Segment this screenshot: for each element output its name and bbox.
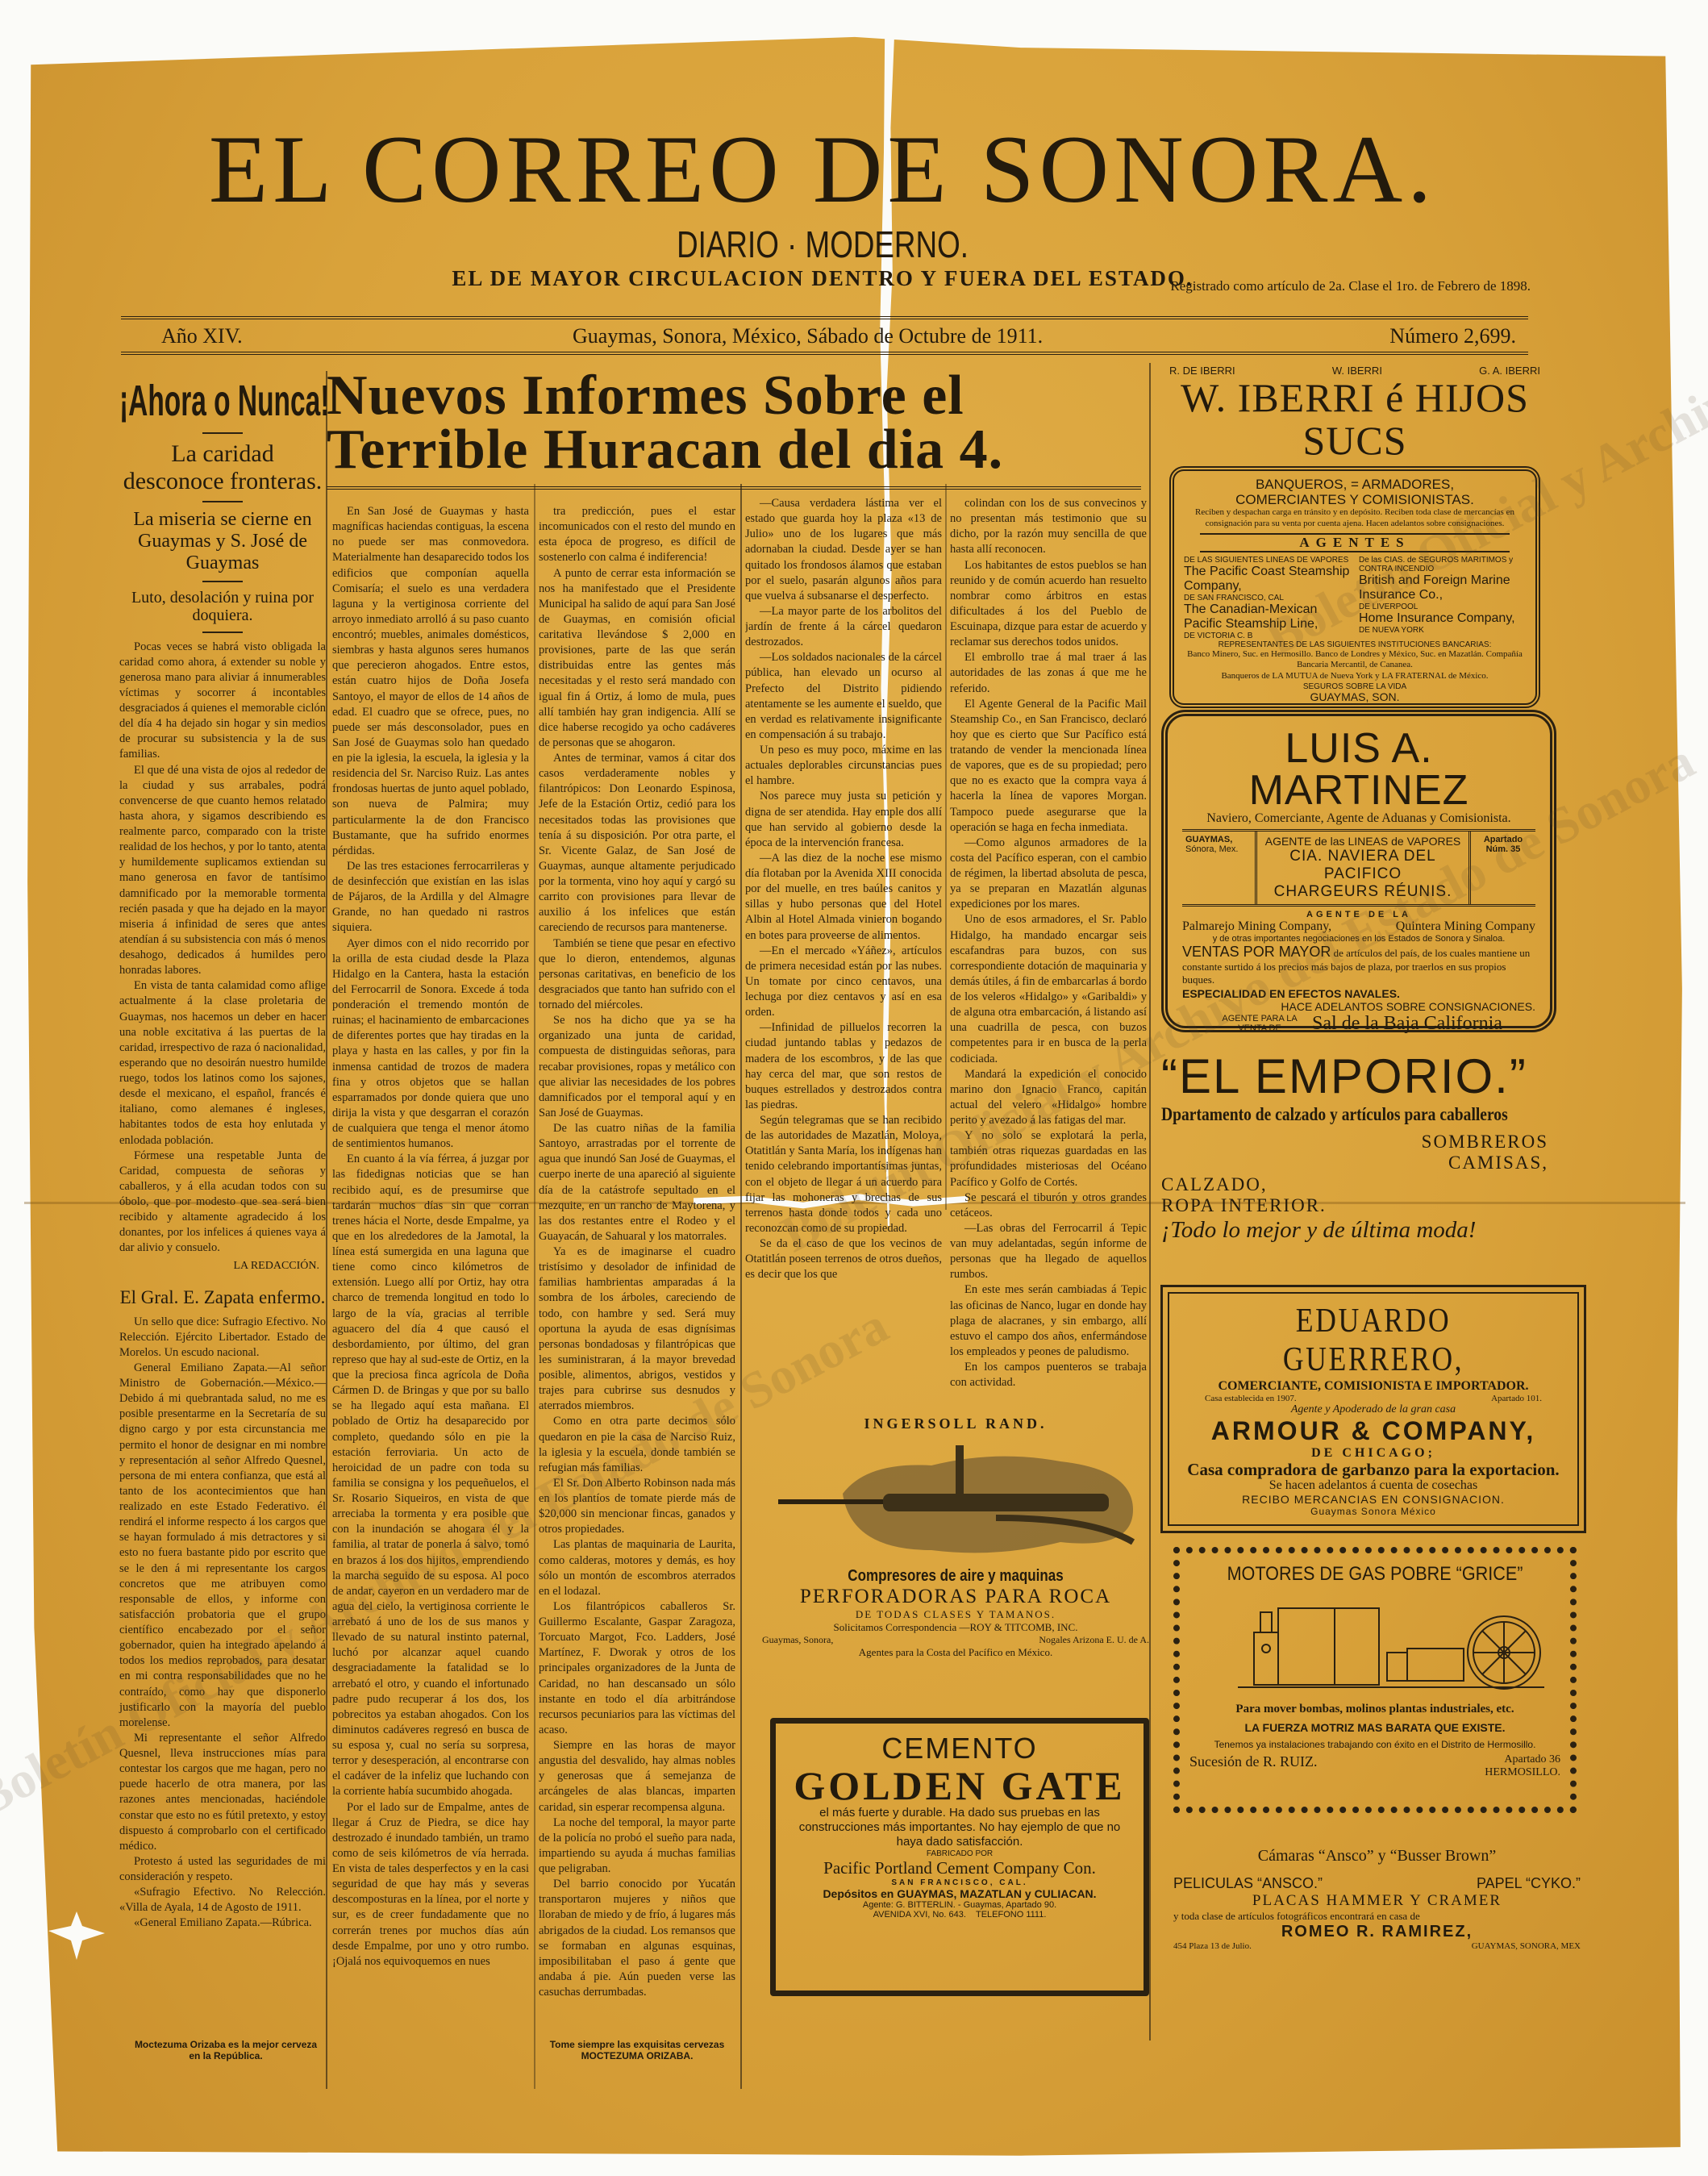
headline-line-2: Terrible Huracan del dia 4.: [327, 423, 1141, 477]
ad-city: Guaymas Sonora México: [1181, 1506, 1566, 1517]
main-headline: Nuevos Informes Sobre el Terrible Huraca…: [327, 369, 1141, 490]
paragraph: Por el lado sur de Empalme, antes de lle…: [332, 1800, 529, 1970]
agent-line: Agente y Apoderado de la gran casa: [1181, 1403, 1566, 1416]
ad-eduardo-guerrero: EDUARDO GUERRERO, COMERCIANTE, COMISIONI…: [1168, 1292, 1579, 1526]
salt-product: Sal de la Baja California: [1312, 1013, 1502, 1035]
po-box-number: Núm. 35: [1474, 844, 1532, 854]
ad-state: Sónora, Mex.: [1185, 844, 1252, 854]
masthead: EL CORREO DE SONORA. DIARIO · MODERNO. E…: [121, 121, 1524, 291]
cities-row: Guaymas, Sonora, Nogales Arizona E. U. d…: [754, 1634, 1157, 1646]
all-items: y toda clase de artículos fotográficos e…: [1173, 1910, 1581, 1923]
registration-note: Registrado como artículo de 2a. Clase el…: [1170, 278, 1531, 294]
ad-brand: GOLDEN GATE: [787, 1765, 1132, 1806]
ornamental-frame: BANQUEROS, = ARMADORES, COMERCIANTES Y C…: [1169, 466, 1540, 708]
phone: TELEFONO 1111.: [976, 1910, 1046, 1920]
represented-company: ARMOUR & COMPANY,: [1181, 1416, 1566, 1446]
article-column-4: colindan con los de sus convecinos y no …: [950, 496, 1147, 1391]
company-place: DE SAN FRANCISCO, CAL: [1184, 594, 1351, 602]
ad-brand-line: CEMENTO: [787, 1732, 1132, 1765]
depots: Depósitos en GUAYMAS, MAZATLAN y CULIACA…: [787, 1887, 1132, 1900]
column-heading: De las CIAS. de SEGUROS MARITIMOS y CONT…: [1359, 556, 1526, 573]
paper: PAPEL “CYKO.”: [1477, 1875, 1581, 1892]
column-rule: [534, 484, 535, 2089]
product: DE TODAS CLASES Y TAMANOS.: [754, 1608, 1157, 1621]
bank-list: Banco Minero, Suc. en Hermosillo. Banco …: [1184, 649, 1526, 672]
kicker-headline: ¡Ahora o Nunca!: [119, 376, 248, 426]
divider: [202, 581, 243, 582]
paragraph: En este mes serán cambiadas á Tepic las …: [950, 1282, 1147, 1360]
paragraph: Según telegramas que se han recibido de …: [745, 1113, 942, 1236]
product: Compresores de aire y maquinas: [785, 1567, 1127, 1586]
paragraph: El embrollo trae á mal traer á las autor…: [950, 650, 1147, 696]
paragraph: tra predicción, pues el estar incomunica…: [539, 504, 735, 566]
agent-label: AGENTE DE LA: [1182, 910, 1535, 919]
paragraph: —Las obras del Ferrocarril á Tepic van m…: [950, 1221, 1147, 1283]
paragraph: General Emiliano Zapata.—Al señor Minist…: [119, 1361, 326, 1731]
consignment: RECIBO MERCANCIAS EN CONSIGNACION.: [1181, 1493, 1566, 1506]
headline-line-1: Nuevos Informes Sobre el: [327, 369, 1141, 423]
paragraph: Protesto á usted las seguridades de mi c…: [119, 1854, 326, 1885]
item: CAMISAS,: [1161, 1153, 1548, 1173]
agent: Agente: G. BITTERLIN. - Guaymas, Apartad…: [787, 1900, 1132, 1910]
paragraph: Se nos ha dicho que ya se ha organizado …: [539, 1013, 735, 1121]
established-row: Casa establecida en 1907. Apartado 101.: [1181, 1394, 1566, 1403]
lines-label: AGENTE de las LINEAS de VAPORES: [1260, 835, 1465, 848]
item: CALZADO,: [1161, 1174, 1581, 1195]
ad-brand: ROMEO R. RAMIREZ,: [1173, 1923, 1581, 1941]
deck-1: La caridad desconoce fronteras.: [119, 440, 326, 494]
paragraph: Fórmese una respetable Junta de Caridad,…: [119, 1148, 326, 1257]
paragraph: En cuanto á la vía férrea, á juzgar por …: [332, 1152, 529, 1799]
engine-illustration: [1189, 1592, 1560, 1693]
ad-luis-martinez: LUIS A. MARTINEZ Naviero, Comerciante, A…: [1161, 710, 1556, 1032]
shipping-line: CIA. NAVIERA DEL PACIFICO: [1260, 848, 1465, 883]
place-date: Guaymas, Sonora, México, Sábado de Octub…: [573, 324, 1043, 348]
manufacturer: Pacific Portland Cement Company Con.: [787, 1858, 1132, 1878]
ad-city: HERMOSILLO.: [1485, 1766, 1560, 1778]
ad-description: el más fuerte y durable. Ha dado sus pru…: [787, 1806, 1132, 1849]
ad-services: Reciben y despachan carga en tránsito y …: [1184, 507, 1526, 530]
paragraph: Un sello que dice: Sufragio Efectivo. No…: [119, 1315, 326, 1361]
paragraph: En vista de tanta calamidad como aflige …: [119, 978, 326, 1148]
paragraph: El Agente General de la Pacific Mail Ste…: [950, 697, 1147, 836]
paragraph: Los filantrópicos caballeros Sr. Guiller…: [539, 1599, 735, 1738]
items-right: SOMBREROS CAMISAS,: [1161, 1132, 1581, 1174]
paragraph: Se da el caso de que los vecinos de Otat…: [745, 1236, 942, 1282]
company-city: DE CHICAGO;: [1181, 1446, 1566, 1461]
ad-city: GUAYMAS, SONORA, MEX: [1472, 1941, 1581, 1951]
paragraph: Las plantas de maquinaria de Laurita, co…: [539, 1537, 735, 1599]
ad-subtitle: Dpartamento de calzado y artículos para …: [1161, 1104, 1518, 1125]
seller: Sucesión de R. RUIZ.: [1189, 1753, 1317, 1779]
paragraph: De las tres estaciones ferrocarrileras y…: [332, 859, 529, 936]
films: PELICULAS “ANSCO.”: [1173, 1875, 1323, 1892]
paragraph: También se tiene que pesar en efectivo q…: [539, 936, 735, 1014]
paragraph: colindan con los de sus convecinos y no …: [950, 496, 1147, 558]
paragraph: Antes de terminar, vamos á citar dos cas…: [539, 751, 735, 936]
ad-city: GUAYMAS,: [1185, 835, 1252, 844]
plates: PLACAS HAMMER Y CRAMER: [1173, 1892, 1581, 1910]
paragraph: Siempre en las horas de mayor angustia d…: [539, 1738, 735, 1815]
seller-row: Sucesión de R. RUIZ. Apartado 36 HERMOSI…: [1189, 1753, 1560, 1779]
paragraph: En los campos puenteros se trabaja con a…: [950, 1360, 1147, 1390]
paragraph: Y no solo se explotará la perla, también…: [950, 1128, 1147, 1190]
ad-roles: COMERCIANTE, COMISIONISTA E IMPORTADOR.: [1181, 1379, 1566, 1394]
address-row: 454 Plaza 13 de Julio. GUAYMAS, SONORA, …: [1173, 1941, 1581, 1951]
divider: [202, 632, 243, 633]
divider: [202, 501, 243, 502]
paragraph: Ayer dimos con el nido recorrido por la …: [332, 936, 529, 1153]
advances: HACE ADELANTOS SOBRE CONSIGNACIONES.: [1182, 1000, 1535, 1013]
item: SOMBREROS: [1161, 1132, 1548, 1153]
column-rule: [326, 371, 327, 2089]
made-by-label: FABRICADO POR: [787, 1849, 1132, 1858]
newspaper-title: EL CORREO DE SONORA.: [121, 121, 1524, 218]
company-place: DE NUEVA YORK: [1359, 626, 1526, 635]
paragraph: Pocas veces se habrá visto obligada la c…: [119, 640, 326, 763]
ad-golden-gate-cement: CEMENTO GOLDEN GATE el más fuerte y dura…: [770, 1718, 1149, 1996]
wholesale-label: VENTAS POR MAYOR: [1182, 944, 1331, 960]
paragraph: —La mayor parte de los arbolitos del jar…: [745, 604, 942, 650]
cameras: Cámaras “Ansco” y “Busser Brown”: [1173, 1847, 1581, 1865]
mining-note: y de otras importantes negociaciones en …: [1182, 934, 1535, 944]
beer-ad-note: Moctezuma Orizaba es la mejor cerveza en…: [129, 2039, 323, 2061]
address: AVENIDA XVI, No. 643.: [873, 1910, 966, 1920]
paragraph: —En el mercado «Yáñez», artículos de pri…: [745, 944, 942, 1021]
ad-ingersoll-rand: INGERSOLL RAND. Compresores de aire y ma…: [754, 1415, 1157, 1682]
left-column: ¡Ahora o Nunca! La caridad desconoce fro…: [119, 376, 326, 1932]
company-place: DE VICTORIA C. B: [1184, 632, 1351, 640]
rock-drill-illustration: [754, 1437, 1157, 1558]
item: ROPA INTERIOR.: [1161, 1195, 1581, 1216]
zapata-article: Un sello que dice: Sufragio Efectivo. No…: [119, 1315, 326, 1932]
manufacturer-city: SAN FRANCISCO, CAL.: [787, 1878, 1132, 1887]
installations: Tenemos ya instalaciones trabajando con …: [1189, 1739, 1560, 1750]
column-rule: [1149, 363, 1151, 2041]
ad-roles: COMERCIANTES Y COMISIONISTAS.: [1184, 493, 1526, 508]
beer-ad-note: Tome siempre las exquisitas cervezas MOC…: [539, 2039, 735, 2061]
mining-company: Quintera Mining Company: [1396, 919, 1535, 934]
ad-brand: LUIS A. MARTINEZ: [1182, 727, 1535, 811]
paragraph: Ya es de imaginarse el cuadro tristísimo…: [539, 1244, 735, 1414]
ad-section-label: AGENTES: [1200, 533, 1510, 552]
paragraph: El que dé una vista de ojos al rededor d…: [119, 763, 326, 979]
uses: Para mover bombas, molinos plantas indus…: [1189, 1703, 1560, 1716]
ad-city: Nogales Arizona E. U. de A.: [1039, 1634, 1149, 1646]
deck-3: Luto, desolación y ruina por doquiera.: [119, 589, 326, 625]
company-name: Home Insurance Company,: [1359, 611, 1526, 626]
established: Casa establecida en 1907.: [1205, 1394, 1297, 1403]
paragraph: Un peso es muy poco, máxime en las actua…: [745, 743, 942, 789]
ad-brand: “EL EMPORIO.”: [1161, 1048, 1581, 1104]
paragraph: «Sufragio Efectivo. No Relección. «Villa…: [119, 1885, 326, 1915]
advances: Se hacen adelantos á cuenta de cosechas: [1181, 1478, 1566, 1493]
paragraph: El Sr. Don Alberto Robinson nada más en …: [539, 1476, 735, 1538]
paragraph: Mandará la expedición el conocido marino…: [950, 1067, 1147, 1129]
company-place: DE LIVERPOOL: [1359, 602, 1526, 611]
po-box-label: Apartado: [1474, 835, 1532, 844]
paragraph: —Los soldados nacionales de la cárcel pú…: [745, 650, 942, 743]
address: 454 Plaza 13 de Julio.: [1173, 1941, 1252, 1951]
byline: LA REDACCIÓN.: [119, 1260, 319, 1273]
po-box: Apartado 36: [1504, 1753, 1560, 1765]
deck-2: La miseria se cierne en Guaymas y S. Jos…: [119, 509, 326, 574]
ad-brand: W. IBERRI é HIJOS SUCS: [1153, 377, 1556, 461]
company-name: The Canadian-Mexican Pacific Steamship L…: [1184, 602, 1351, 632]
items-left: CALZADO, ROPA INTERIOR.: [1161, 1174, 1581, 1217]
newspaper-subtitle: DIARIO · MODERNO.: [261, 223, 1384, 266]
ad-subtitle: Naviero, Comerciante, Agente de Aduanas …: [1182, 811, 1535, 832]
claim: LA FUERZA MOTRIZ MAS BARATA QUE EXISTE.: [1189, 1721, 1560, 1734]
ad-city: GUAYMAS, SON.: [1184, 691, 1526, 703]
ad-city: Guaymas, Sonora,: [762, 1634, 833, 1646]
paragraph: Nos parece muy justa su petición y digna…: [745, 789, 942, 851]
address-row: AVENIDA XVI, No. 643. TELEFONO 1111.: [787, 1910, 1132, 1920]
specialty: ESPECIALIDAD EN EFECTOS NAVALES.: [1182, 987, 1535, 1000]
paragraph: —Causa verdadera lástima ver el estado q…: [745, 496, 942, 604]
paragraph: Uno de esos armadores, el Sr. Pablo Hida…: [950, 912, 1147, 1066]
ad-brand: INGERSOLL RAND.: [754, 1415, 1157, 1432]
shipping-line: CHARGEURS RÉUNIS.: [1260, 883, 1465, 901]
paragraph: Como en otra parte decimos sólo quedaron…: [539, 1414, 735, 1476]
paragraph: «General Emiliano Zapata.—Rúbrica.: [119, 1915, 326, 1931]
paragraph: La noche del temporal, la mayor parte de…: [539, 1815, 735, 1878]
article-column-1: En San José de Guaymas y hasta magnífica…: [332, 504, 529, 2085]
paragraph: Del barrio conocido por Yucatán transpor…: [539, 1877, 735, 2000]
salt-agent-label: AGENTE PARA LA VENTA DE: [1215, 1014, 1304, 1033]
products-row: PELICULAS “ANSCO.” PAPEL “CYKO.”: [1173, 1875, 1581, 1892]
paragraph: En San José de Guaymas y hasta magnífica…: [332, 504, 529, 859]
paragraph: De las cuatro niñas de la familia Santoy…: [539, 1121, 735, 1244]
volume-year: Año XIV.: [161, 324, 243, 348]
paragraph: Los habitantes de estos pueblos se han r…: [950, 558, 1147, 651]
product: PERFORADORAS PARA ROCA: [754, 1586, 1157, 1608]
insurance-line: Banqueros de LA MUTUA de Nueva York y LA…: [1184, 671, 1526, 682]
wholesale-note: VENTAS POR MAYOR de artículos del país, …: [1182, 944, 1535, 987]
paragraph: —Como algunos armadores de la costa del …: [950, 836, 1147, 913]
ad-brand: EDUARDO GUERRERO,: [1210, 1302, 1537, 1379]
dateline-bar: Año XIV. Guaymas, Sonora, México, Sábado…: [121, 316, 1528, 355]
ad-el-emporio: “EL EMPORIO.” Dpartamento de calzado y a…: [1161, 1048, 1581, 1266]
agency-columns: DE LAS SIGUIENTES LINEAS DE VAPORES The …: [1184, 556, 1526, 640]
ad-iberri: R. DE IBERRI W. IBERRI G. A. IBERRI W. I…: [1153, 365, 1556, 695]
ad-roles: BANQUEROS, = ARMADORES,: [1184, 477, 1526, 493]
company-name: British and Foreign Marine Insurance Co.…: [1359, 573, 1526, 602]
agency-row: GUAYMAS, Sónora, Mex. AGENTE de las LINE…: [1182, 832, 1535, 907]
mining-companies: Palmarejo Mining Company, Quintera Minin…: [1182, 919, 1535, 934]
company-name: The Pacific Coast Steamship Company,: [1184, 565, 1351, 594]
column-rule: [945, 484, 947, 1210]
article-column-2: tra predicción, pues el estar incomunica…: [539, 504, 735, 2036]
divider: [202, 432, 243, 434]
paragraph: —A las diez de la noche ese mismo día fl…: [745, 851, 942, 944]
ad-romeo-ramirez: Cámaras “Ansco” y “Busser Brown” PELICUL…: [1173, 1847, 1581, 2008]
mining-company: Palmarejo Mining Company,: [1182, 919, 1331, 934]
agents: Agentes para la Costa del Pacífico en Mé…: [754, 1646, 1157, 1659]
paragraph: —Infinidad de pilluelos recorren la ciud…: [745, 1020, 942, 1113]
buyer-note: Casa compradora de garbanzo para la expo…: [1181, 1461, 1566, 1478]
po-box: Apartado 101.: [1491, 1394, 1542, 1403]
article-column-3: —Causa verdadera lástima ver el estado q…: [745, 496, 942, 1391]
contact: Solicitamos Correspondencia —ROY & TITCO…: [754, 1621, 1157, 1634]
ad-brand: MOTORES DE GAS POBRE “GRICE”: [1208, 1563, 1542, 1586]
paragraph: Se pescará el tiburón y otros grandes ce…: [950, 1190, 1147, 1221]
column-rule: [740, 484, 742, 2089]
ad-slogan: ¡Todo lo mejor y de última moda!: [1161, 1217, 1581, 1244]
bank-heading: REPRESENTANTES DE LAS SIGUIENTES INSTITU…: [1184, 640, 1526, 649]
column-heading: DE LAS SIGUIENTES LINEAS DE VAPORES: [1184, 556, 1351, 565]
article-body: Pocas veces se habrá visto obligada la c…: [119, 640, 326, 1257]
ad-grice-motors: MOTORES DE GAS POBRE “GRICE” Para mover …: [1173, 1547, 1577, 1813]
issue-number: Número 2,699.: [1389, 324, 1516, 348]
zapata-headline: El Gral. E. Zapata enfermo.: [119, 1287, 326, 1308]
paragraph: A punto de cerrar esta información se no…: [539, 566, 735, 752]
paragraph: Mi representante el señor Alfredo Quesne…: [119, 1731, 326, 1854]
